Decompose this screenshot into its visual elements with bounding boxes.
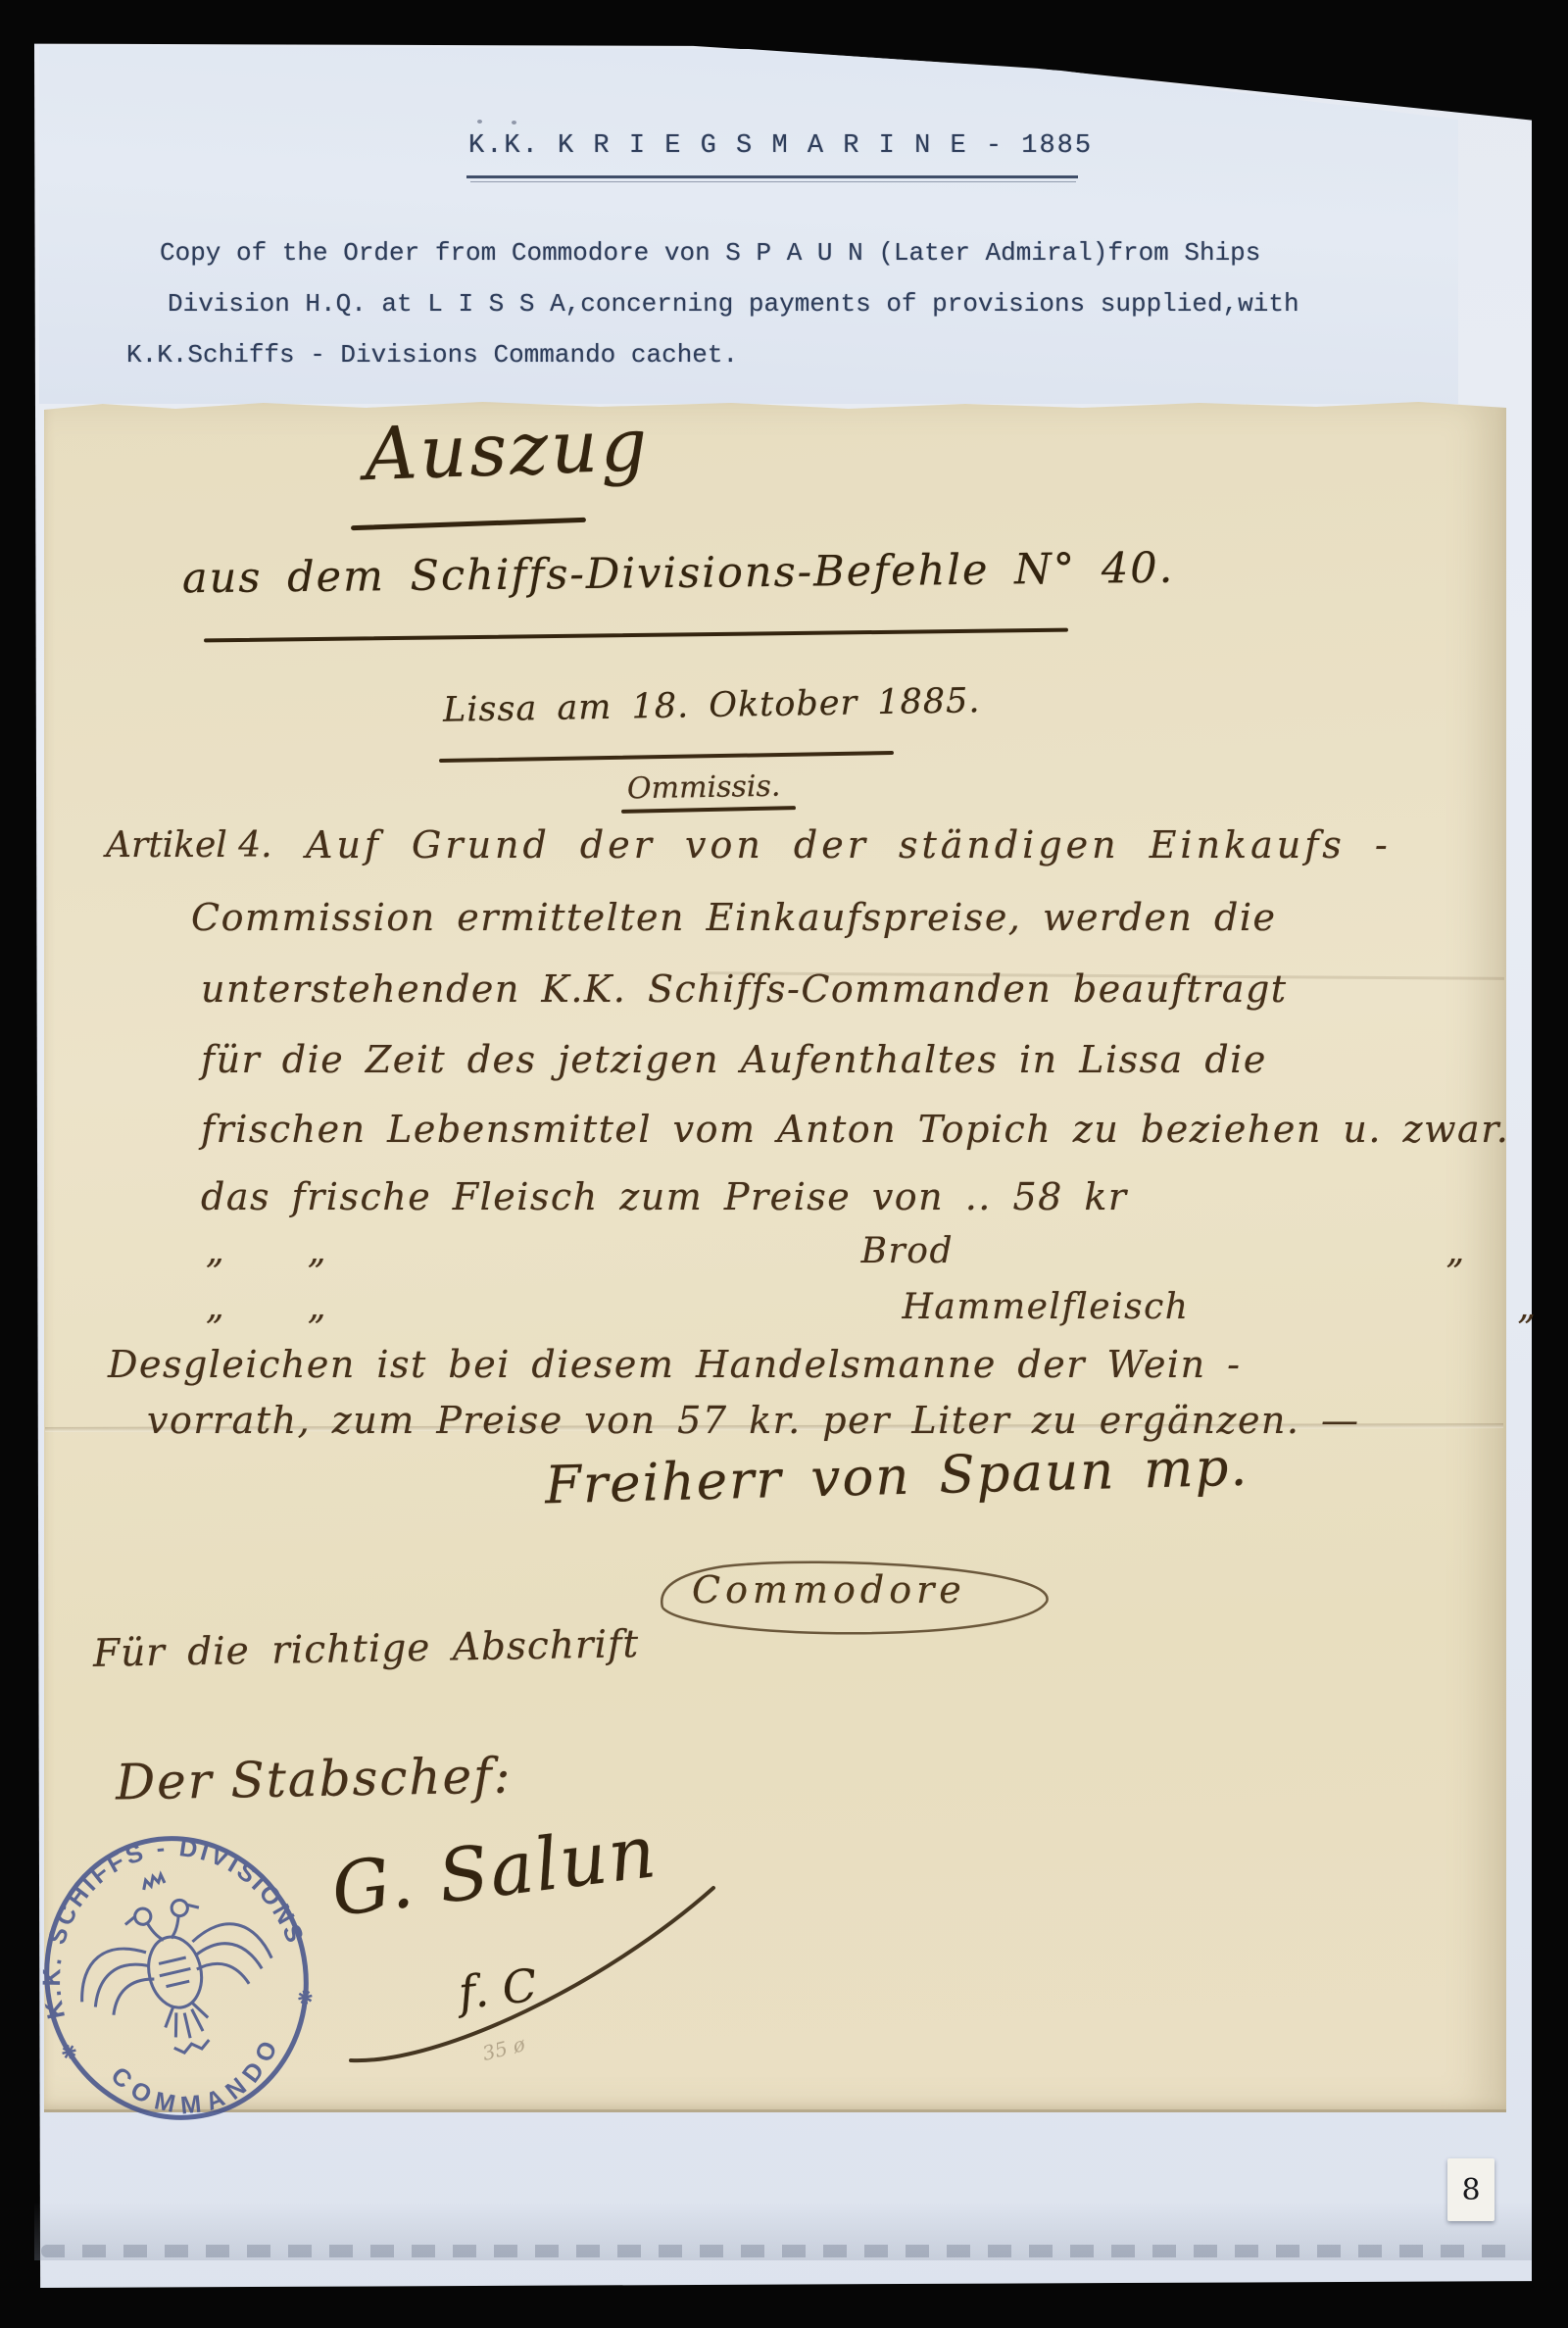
card-description-line: Division H.Q. at L I S S A,concerning pa… — [168, 289, 1299, 319]
card-description-line: K.K.Schiffs - Divisions Commando cachet. — [126, 340, 738, 370]
manuscript-subtitle: aus dem Schiffs-Divisions-Befehle N° 40. — [182, 544, 1175, 604]
body-line: Desgleichen ist bei diesem Handelsmanne … — [108, 1343, 1241, 1386]
body-line: das frische Fleisch zum Preise von .. 58… — [201, 1175, 1128, 1218]
clerk-initials: f. C — [456, 1958, 539, 2019]
body-line: für die Zeit des jetzigen Aufenthaltes i… — [201, 1038, 1267, 1081]
body-line: vorrath, zum Preise von 57 kr. per Liter… — [147, 1399, 1360, 1442]
article-label: Artikel 4. — [106, 825, 272, 866]
body-line: Auf Grund der von der ständigen Einkaufs… — [306, 823, 1392, 867]
card-title: K.K. K R I E G S M A R I N E - 1885 — [468, 131, 1093, 161]
omissis-note: Ommissis. — [627, 769, 781, 807]
sleeve-seam-stitches — [41, 2245, 1523, 2257]
card-title-underline — [466, 175, 1078, 178]
photo-frame: K.K. K R I E G S M A R I N E - 1885 Copy… — [0, 0, 1568, 2328]
page-number: 8 — [1461, 2173, 1480, 2207]
body-line-ditto: „ „ Hammelfleisch „ „ 40 „ per Kilogramm — [206, 1287, 1568, 1327]
ink-speck — [477, 120, 482, 124]
page-number-tab: 8 — [1447, 2158, 1494, 2221]
commodore-rank: Commodore — [692, 1568, 966, 1611]
body-line: frischen Lebensmittel vom Anton Topich z… — [201, 1108, 1509, 1151]
manuscript-title: Auszug — [364, 403, 652, 497]
body-line-ditto: „ „ Brod „ „ 20 „ und — [206, 1231, 1568, 1271]
ink-speck — [512, 121, 516, 124]
card-description-line: Copy of the Order from Commodore von S P… — [160, 238, 1260, 268]
body-line: Commission ermittelten Einkaufspreise, w… — [191, 896, 1276, 939]
card-title-underline-faint — [470, 181, 1076, 182]
staff-chief-line: Der Stabschef: — [116, 1747, 513, 1810]
body-line: unterstehenden K.K. Schiffs-Commanden be… — [201, 967, 1288, 1011]
